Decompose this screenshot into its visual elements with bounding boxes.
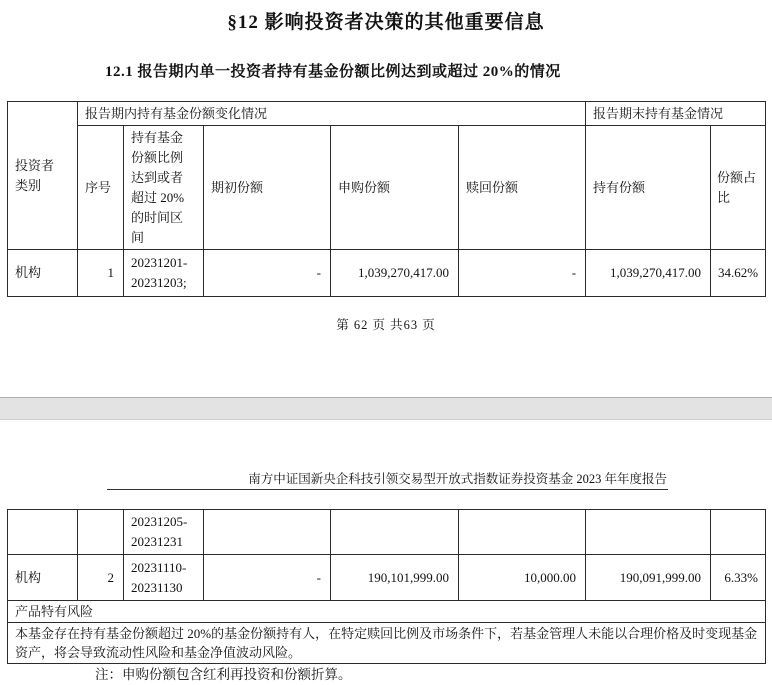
risk-text: 本基金存在持有基金份额超过 20%的基金份额持有人，在特定赎回比例及市场条件下，…: [8, 623, 766, 664]
running-header-rule: [107, 489, 668, 490]
report-page: §12 影响投资者决策的其他重要信息 12.1 报告期内单一投资者持有基金份额比…: [0, 0, 772, 685]
cell-begin-shares: -: [204, 250, 331, 297]
table-group-header-row: 投资者类别 报告期内持有基金份额变化情况 报告期末持有基金情况: [8, 102, 766, 126]
col-header-investor-type: 投资者类别: [8, 102, 78, 250]
cell-share-ratio: [711, 510, 766, 555]
group-header-period-end: 报告期末持有基金情况: [586, 102, 766, 126]
risk-text-row: 本基金存在持有基金份额超过 20%的基金份额持有人，在特定赎回比例及市场条件下，…: [8, 623, 766, 664]
cell-investor-type: [8, 510, 78, 555]
cell-seq: 1: [78, 250, 124, 297]
cell-purchase-shares: 190,101,999.00: [331, 555, 459, 601]
cell-seq: 2: [78, 555, 124, 601]
cell-redeem-shares: [459, 510, 586, 555]
cell-period: 20231205- 20231231: [124, 510, 204, 555]
cell-purchase-shares: [331, 510, 459, 555]
cell-period: 20231110- 20231130: [124, 555, 204, 601]
group-header-period-change: 报告期内持有基金份额变化情况: [78, 102, 586, 126]
table-row: 20231205- 20231231: [8, 510, 766, 555]
cell-period: 20231201- 20231203;: [124, 250, 204, 297]
cell-begin-shares: -: [204, 555, 331, 601]
col-header-period: 持有基金份额比例达到或者超过 20%的时间区间: [124, 126, 204, 250]
col-header-begin-shares: 期初份额: [204, 126, 331, 250]
col-header-seq: 序号: [78, 126, 124, 250]
section-heading: 12.1 报告期内单一投资者持有基金份额比例达到或超过 20%的情况: [105, 60, 561, 81]
page-number-footer: 第 62 页 共63 页: [0, 315, 772, 333]
document-title: §12 影响投资者决策的其他重要信息: [0, 7, 772, 34]
cell-begin-shares: [204, 510, 331, 555]
risk-section-header-row: 产品特有风险: [8, 601, 766, 623]
cell-share-ratio: 34.62%: [711, 250, 766, 297]
table-row: 机构 2 20231110- 20231130 - 190,101,999.00…: [8, 555, 766, 601]
cell-purchase-shares: 1,039,270,417.00: [331, 250, 459, 297]
table-row: 机构 1 20231201- 20231203; - 1,039,270,417…: [8, 250, 766, 297]
cell-investor-type: 机构: [8, 555, 78, 601]
cell-redeem-shares: -: [459, 250, 586, 297]
cell-hold-shares: 190,091,999.00: [586, 555, 711, 601]
investor-holdings-table: 投资者类别 报告期内持有基金份额变化情况 报告期末持有基金情况 序号 持有基金份…: [7, 101, 766, 297]
cell-redeem-shares: 10,000.00: [459, 555, 586, 601]
col-header-purchase-shares: 申购份额: [331, 126, 459, 250]
cell-hold-shares: [586, 510, 711, 555]
cell-hold-shares: 1,039,270,417.00: [586, 250, 711, 297]
col-header-hold-shares: 持有份额: [586, 126, 711, 250]
page-break-divider: [0, 397, 772, 420]
col-header-share-ratio: 份额占比: [711, 126, 766, 250]
col-header-redeem-shares: 赎回份额: [459, 126, 586, 250]
table-column-header-row: 序号 持有基金份额比例达到或者超过 20%的时间区间 期初份额 申购份额 赎回份…: [8, 126, 766, 250]
risk-section-label: 产品特有风险: [8, 601, 766, 623]
table-footnote: 注：申购份额包含红利再投资和份额折算。: [95, 663, 352, 683]
investor-holdings-table-continued: 20231205- 20231231 机构 2 20231110- 202311…: [7, 509, 766, 664]
cell-seq: [78, 510, 124, 555]
running-header: 南方中证国新央企科技引领交易型开放式指数证券投资基金 2023 年年度报告: [107, 469, 667, 487]
cell-share-ratio: 6.33%: [711, 555, 766, 601]
cell-investor-type: 机构: [8, 250, 78, 297]
